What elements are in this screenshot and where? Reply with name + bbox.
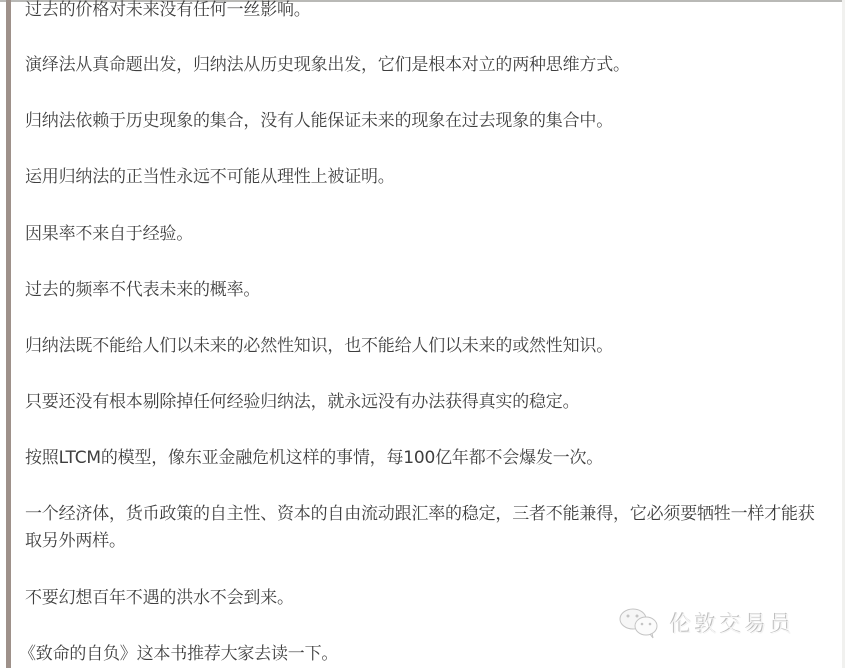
paragraph: 按照LTCM的模型，像东亚金融危机这样的事情，每100亿年都不会爆发一次。	[25, 445, 603, 472]
watermark-text: 伦敦交易员	[670, 608, 795, 639]
paragraph: 归纳法既不能给人们以未来的必然性知识，也不能给人们以未来的或然性知识。	[25, 333, 613, 360]
paragraph: 过去的价格对未来没有任何一丝影响。	[25, 0, 311, 24]
paragraph: 因果率不来自于经验。	[25, 221, 193, 248]
watermark: 伦敦交易员	[618, 607, 795, 639]
paragraph: 过去的频率不代表未来的概率。	[25, 277, 260, 304]
paragraph: 只要还没有根本剔除掉任何经验归纳法，就永远没有办法获得真实的稳定。	[25, 389, 579, 416]
paragraph: 《致命的自负》这本书推荐大家去读一下。	[19, 641, 338, 668]
blockquote-bar	[6, 0, 11, 668]
paragraph: 演绎法从真命题出发，归纳法从历史现象出发，它们是根本对立的两种思维方式。	[25, 52, 630, 79]
paragraph: 一个经济体，货币政策的自主性、资本的自由流动跟汇率的稳定，三者不能兼得，它必须要…	[25, 501, 815, 555]
wechat-icon	[618, 607, 662, 639]
paragraph: 不要幻想百年不遇的洪水不会到来。	[25, 585, 294, 612]
paragraph: 归纳法依赖于历史现象的集合，没有人能保证未来的现象在过去现象的集合中。	[25, 108, 613, 135]
paragraph: 运用归纳法的正当性永远不可能从理性上被证明。	[25, 164, 395, 191]
